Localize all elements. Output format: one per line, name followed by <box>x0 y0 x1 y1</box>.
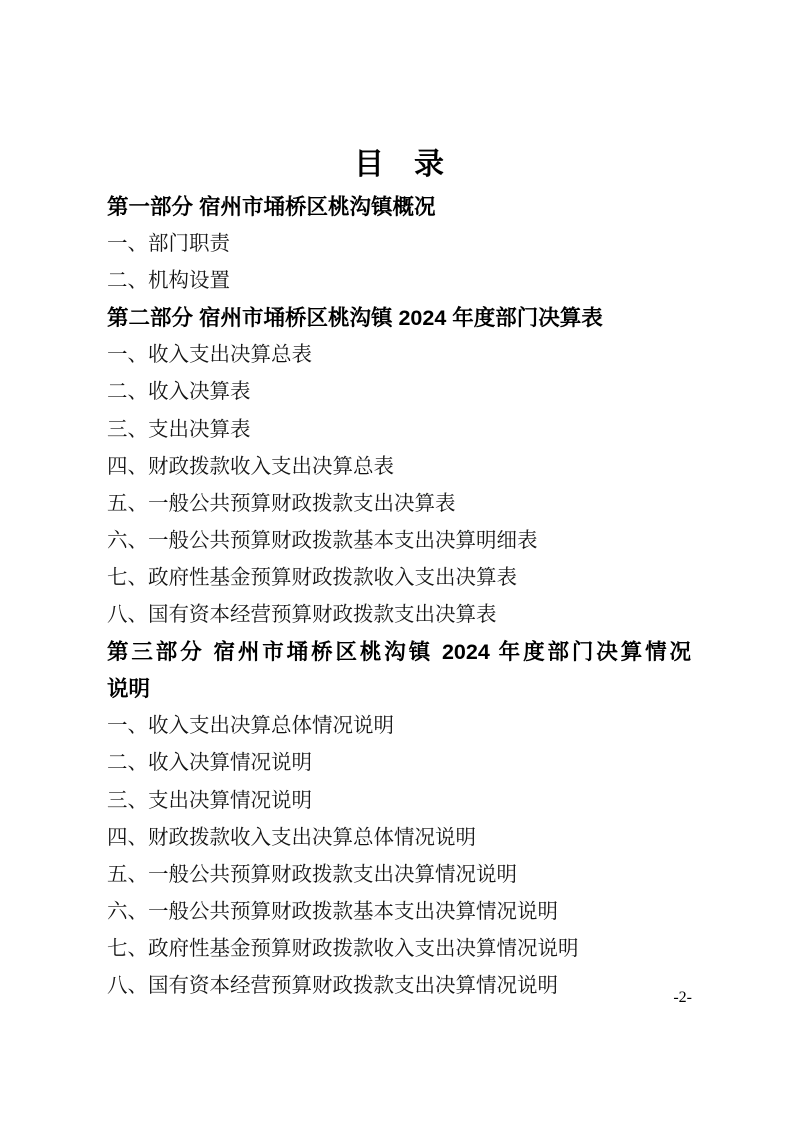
toc-item: 三、支出决算情况说明 <box>107 783 691 820</box>
toc-section-3-heading-line-1: 第三部分 宿州市埇桥区桃沟镇 2024 年度部门决算情况 <box>107 634 691 671</box>
toc-item: 二、收入决算情况说明 <box>107 745 691 782</box>
toc-item: 七、政府性基金预算财政拨款收入支出决算表 <box>107 560 691 597</box>
toc-section-3-heading-line-2: 说明 <box>107 671 691 708</box>
toc-item: 五、一般公共预算财政拨款支出决算情况说明 <box>107 857 691 894</box>
toc-item: 三、支出决算表 <box>107 412 691 449</box>
toc-item: 八、国有资本经营预算财政拨款支出决算表 <box>107 597 691 634</box>
page-number: -2- <box>673 988 692 1008</box>
toc-section-2-heading: 第二部分 宿州市埇桥区桃沟镇 2024 年度部门决算表 <box>107 300 691 337</box>
toc-content: 目 录 第一部分 宿州市埇桥区桃沟镇概况 一、部门职责 二、机构设置 第二部分 … <box>107 141 691 1005</box>
toc-item: 一、部门职责 <box>107 226 691 263</box>
document-page: 目 录 第一部分 宿州市埇桥区桃沟镇概况 一、部门职责 二、机构设置 第二部分 … <box>0 0 793 1122</box>
toc-item: 一、收入支出决算总表 <box>107 337 691 374</box>
toc-item: 四、财政拨款收入支出决算总体情况说明 <box>107 820 691 857</box>
toc-item: 五、一般公共预算财政拨款支出决算表 <box>107 486 691 523</box>
toc-item: 四、财政拨款收入支出决算总表 <box>107 449 691 486</box>
page-title: 目 录 <box>107 141 691 189</box>
toc-item: 二、收入决算表 <box>107 374 691 411</box>
toc-item: 七、政府性基金预算财政拨款收入支出决算情况说明 <box>107 931 691 968</box>
toc-item: 六、一般公共预算财政拨款基本支出决算情况说明 <box>107 894 691 931</box>
toc-item: 二、机构设置 <box>107 263 691 300</box>
toc-item: 六、一般公共预算财政拨款基本支出决算明细表 <box>107 523 691 560</box>
toc-item: 八、国有资本经营预算财政拨款支出决算情况说明 <box>107 968 691 1005</box>
toc-section-1-heading: 第一部分 宿州市埇桥区桃沟镇概况 <box>107 189 691 226</box>
toc-item: 一、收入支出决算总体情况说明 <box>107 708 691 745</box>
